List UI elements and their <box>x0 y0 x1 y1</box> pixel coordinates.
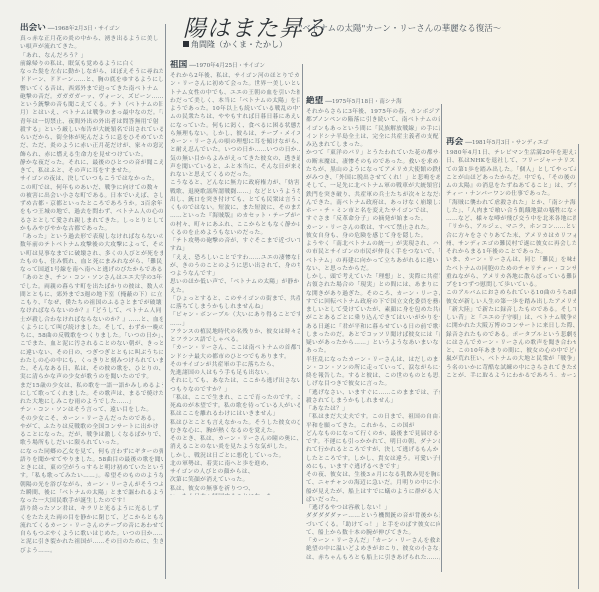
body-text-line: をもつ王城の地で、過去を問わず、ベトナム人の心のふ <box>20 208 163 216</box>
body-text-line: んできた。南ベトナム政府は、あっけなく崩壊した。 <box>306 199 440 207</box>
body-text-line: 真っ赤な正月花の炎の中から、湧き出るように美し <box>20 35 163 43</box>
body-text-line: 先進諸国の人はもう手も足も出ない。 <box>170 369 300 377</box>
section-heading: 出会い──1968年2月3日・サイゴン <box>20 23 163 35</box>
body-text-line: 響いてくる音は、西郊外まで迫ってきた南ベトナム <box>20 85 163 93</box>
body-text-line: 実に清らかな声の少女が歌うのを聞いたのです。 <box>20 373 163 381</box>
body-text-line: み込まれてしまった。 <box>306 141 440 149</box>
body-text-line: 疑いがあったから……」というようなあいまいなもので <box>306 339 440 347</box>
body-text-line: です。不運にも引っかかれて、明日の朝、ダナンに連 <box>306 438 440 446</box>
body-text-line: 「あった」という過去形で表現しなければならないのは <box>20 233 163 241</box>
body-text-line: したところです。しかし、貴女は違う。可愛い子供のた <box>306 455 440 463</box>
section-title: 絶望 <box>306 96 323 106</box>
body-text-line: に違いない、その日の、つぎつぎとともに叫ぶうちに、 <box>20 349 163 357</box>
body-text-line: 殺する」という厳しい布告が大統領名で出されているく <box>20 126 163 134</box>
body-text-line: 殺されてしまうかもしれません」 <box>306 397 440 405</box>
body-text-line: ることになった。だが、戦争は激しくなるばかりで、 <box>20 431 163 439</box>
body-text-line: プを1つずつ慰問して歩いている。 <box>446 281 576 289</box>
body-text-line: らいだから、街全体が死んだように息をひそめていた。た <box>20 134 163 142</box>
article-author: 角間隆（かくま・たかし） <box>183 39 287 50</box>
body-text-line: わたしの心の中にも、くっきりと刻みつけられていまし <box>20 357 163 365</box>
body-text-line: 「ひょっとすると、このサイゴンの街まで、共産軍の手 <box>170 295 300 303</box>
body-text-line: いま、カーン・リーさんは、同じ「難民」を味わってき <box>446 256 576 264</box>
body-text-line: にはさんでカーン・リーさんの歌声を聞き合わせてみる <box>446 339 576 347</box>
body-text-line: ぱいだった。 <box>306 496 440 504</box>
body-text-line: 終を報告した。すると彼は、この世のものとも思えぬ悲 <box>306 372 440 380</box>
body-text-line: 前線帰りの私は、眠気も覚めるように白く <box>20 60 163 68</box>
body-text-line: い町は見事なまでに破壊され、多くの人びとが死をまぬがれ <box>20 250 163 258</box>
body-text-line: でした。両親の暮らす町を出たばかりの彼は、数人の仲 <box>20 283 163 291</box>
body-text-line: 「逃げるやつは容赦しない！」 <box>306 504 440 512</box>
section-heading: 絶望──1975年5月18日・南シナ海 <box>306 96 440 108</box>
section-heading: 祖国──1970年4月25日・サイゴン <box>170 60 300 72</box>
body-text-line: わだって美しく、本当に「ベトナムの太陽」を目を見る <box>170 97 300 105</box>
body-text-line: くようにして叫び続けました。そして、わずか一晩のう <box>20 324 163 332</box>
body-text-line: 私はここを離れるわけにはいきません」 <box>170 410 300 418</box>
body-text-line: な開きがあり過ぎた。そのころ、カーン・リーさんは、 <box>306 290 440 298</box>
body-text-line: 彼女が新しい人生の第一歩を踏み出したアメリカという <box>446 298 576 306</box>
body-text-line: ましいとして受けていたが、素顔に身を包めた共産軍の兵士 <box>306 306 440 314</box>
body-text-line: 出し、銃口を突き付けても、とても民衆は言うことを聞 <box>170 196 300 204</box>
body-text-line: イゴンもあっという間に「民族解放戦線」の手に落ち、 <box>306 125 440 133</box>
body-text-line: なった髪を左右に動かしながら、ほぼえそうに尋ねた。 <box>20 68 163 76</box>
body-text-line: 歌う場所もしだいに限られていった。 <box>20 439 163 447</box>
section-date: ──1981年5月3日・サンディエゴ <box>465 140 548 146</box>
body-text-line: 自らもつぶやくように歌いはじめた。いつの日か……血 <box>20 530 163 538</box>
body-text-line: がことあるごとに乗り込んできてはいいがかりをつけ、 <box>306 314 440 322</box>
body-text-line: しげな目つきで彼女に言った。 <box>306 380 440 388</box>
body-text-line: 思いのほか低い声で、「ベトナムの太陽」が静かに言 <box>170 278 300 286</box>
body-text-line: 飾られ、赤に燃える生命力を見せつけていた。 <box>20 151 163 159</box>
body-text-line: 録音されたものである。ポータブルという悲劇を中 <box>446 331 576 339</box>
body-text-line: 彼女自身も、身の危険を感じて身を隠した。 <box>306 232 440 240</box>
body-text-line: かもみやびやかな古都であった。 <box>20 225 163 233</box>
section-title: 出会い <box>20 23 46 33</box>
body-text-line: 「海賊に襲われて虐殺された」とか、「南シナ海で沈没 <box>446 199 576 207</box>
body-text-line: それから2年後、私は、サイゴン河のほとりでカー <box>170 72 300 80</box>
body-text-line: の断末魔は、凄惨そのものであった。救いを求める市民 <box>306 158 440 166</box>
body-text-line: サイゴンの夜は、決していつもこうではなかった。 <box>20 175 163 183</box>
body-text-line: 間とともに、郊外まで3週の地下室（掩蔽の下）に立て <box>20 291 163 299</box>
body-text-line: がみつき、「外国に脱出させてくれ！」と悲鳴をあげた。 <box>306 174 440 182</box>
body-text-line: ら無理もない。しかし、彼らは、テープ・メイズだけは <box>170 130 300 138</box>
body-text-line: そして、一足先に北ベトナム軍の戦車が大統領官邸の <box>306 182 440 190</box>
body-text-line: ンドシナ最大の都市のひとつでもあります。 <box>170 353 300 361</box>
body-text-line: ムの民衆たちは、ややもすれば日暮日暮にあえいでがち <box>170 113 300 121</box>
body-text-line: たちが、黒山のようになってアメリカ大使館の鉄柵にし <box>306 166 440 174</box>
body-text-line: インドシナ半島全土は、完全に共産主義者の支配下に組 <box>306 133 440 141</box>
body-text-line: 「逃げなさい、いますぐに……このままでは、子供まで <box>306 389 440 397</box>
body-text-line: 重ねながら、アメリカ各地に散らばっている難民キャン <box>446 273 576 281</box>
body-text-line: て、船上から数十本の腕が伸びてきた。 <box>306 529 440 537</box>
body-text-line: 静かな夜だった。それに、最後のひとつの音が聞こえ <box>20 159 163 167</box>
body-text-line: すね」 <box>170 245 300 253</box>
body-text-line: ちに、58曲の反戦歌をつくりました。「いつの日か」、こ <box>20 332 163 340</box>
body-text-line: 都プノンペンの陥落に引き続いて、南ベトナムの首都サ <box>306 116 440 124</box>
body-text-line: う名のいかに苛酷な試練の中にさらされてきたかという <box>446 364 576 372</box>
body-text-line: ダダダダダァー……という機関銃の音が背後から近 <box>306 512 440 520</box>
body-text-line: ようやく「南北ベトナムの統一」が実現され、ハノイ <box>306 240 440 248</box>
body-text-line: きて、私はふと、その声に耳をすませた。 <box>20 167 163 175</box>
body-text-line: その夜、彼女は、生後3ヵ月になる乳飲み児を胸に抱い <box>306 471 440 479</box>
body-text-line: た。そんなある日、私は、その彼の歌を、ひとりの、 <box>20 365 163 373</box>
body-text-line: それにしても、あなたは、ここから逃げ出さない <box>170 377 300 385</box>
body-text-line: 気の無い目からよみがえってきた彼女の、透き通った <box>170 155 300 163</box>
body-text-line: こうなると、どんなに無力に政府権力が、「妨害合 <box>170 179 300 187</box>
body-text-line: やがて、ふたりは反戦歌の全国コンサートに出かけ <box>20 423 163 431</box>
body-text-line: このアルバムにおさめられている10曲のうち8曲は、 <box>446 289 576 297</box>
body-text-line: 合に方々をさぐりあてた末、アメリカはカリフォルニア <box>446 232 576 240</box>
body-text-line: 「私は、ここで生まれ、ここで育ったのです。ここで <box>170 394 300 402</box>
body-text-line: くをたたえた両の目を静かに閉じて、どこからともなく <box>20 514 163 522</box>
body-text-line: 声を聞いていると、ふと本当に、そんな日が来るかもし <box>170 163 300 171</box>
body-text-line: 語りを聞かせてやりました。58曲目の最後の歌を聞いた <box>20 456 163 464</box>
body-text-line: えた。 <box>170 287 300 295</box>
body-text-line: めにも、いますぐ逃げるべきです」 <box>306 463 440 471</box>
section-zetsubou: 絶望──1975年5月18日・南シナ海それからさらに3年後、1975年の春、カン… <box>306 96 440 566</box>
section-heading: 再会──1981年5月3日・サンディエゴ <box>446 137 576 149</box>
body-text-line: その少女こそ、カーン・リーさんだったのである。 <box>20 415 163 423</box>
section-date: ──1968年2月3日・サイゴン <box>48 26 120 32</box>
section-saikai: 再会──1981年5月3日・サンディエゴ1980年4月1日、テレビマン生活満20… <box>446 137 576 377</box>
body-text-line: ての第1歩を踏み出した。「個人」としてやってみたい <box>446 166 576 174</box>
body-text-line: す。「私も歌ってみたい……」。希望そのもののような <box>20 472 163 480</box>
body-text-line: ホー・チ・ミン市と名を変えたサイゴンでは、 <box>306 207 440 215</box>
body-text-line: 日、私はNHKを退社して、フリージャーナリストとし <box>446 157 576 165</box>
body-text-line: びよう……。 <box>20 547 163 555</box>
body-text-line: かつて「東洋のパリ」とうたわれていた花の都サイゴン <box>306 149 440 157</box>
body-text-line: つようなんです」 <box>170 270 300 278</box>
body-text-line: カーン・リーさんの歌は、すべて禁止された。 <box>306 224 440 232</box>
body-text-line: 北の軍勢は、着実に南へと歩を進め、 <box>170 460 300 468</box>
body-text-line: たベトナムの同胞のためのチャリティー・コンサートを <box>446 265 576 273</box>
body-text-line: づいてくる。「助けてっ！」と手をのばす彼女に向かっ <box>306 521 440 529</box>
body-text-line: 「あれ、なんだろう？」 <box>20 52 163 60</box>
section-date: ──1970年4月25日・サイゴン <box>189 63 265 69</box>
body-text-line: に開かれた大阪万博のコンサートに来日した際、日本で <box>446 322 576 330</box>
body-text-line: 死ぬのが本望です。私の歌を待っている人がいる限り、 <box>170 402 300 410</box>
body-text-line: 流れてくるカーン・リーさんのテープの音にあわせて、 <box>20 522 163 530</box>
body-text-line: チン・コン・ソンはそう言って、遠い目をした。 <box>20 406 163 414</box>
body-text-line: しまったのだ。あとでコッソリ聞けば彼女には「反革命の <box>306 331 440 339</box>
body-text-line: 「カーン・リーさんだ」「カーン・リーさんを救おう！」 <box>306 537 440 545</box>
body-text-line: ドドーン、ドドーン……と、胸の底をゆするようにして <box>20 76 163 84</box>
body-text-line: 数年前のテトベトナム攻撃後の大攻撃によって、その美し <box>20 241 163 249</box>
body-text-line: の被害に出会い小さな町である。日本でいえば、さし <box>20 192 163 200</box>
body-text-line: サイゴンの人びとの顔からは、 <box>170 468 300 476</box>
body-text-line: が、きのうのことのように思い出されて、身のちもよだ <box>170 262 300 270</box>
body-text-line: 平和を願ってきた。これから、この国が <box>306 422 440 430</box>
body-text-line: ン・コン・ソンの所に走っていって、涙ながらに一部始 <box>306 364 440 372</box>
body-text-line: 半狂乱になったカーン・リーさんは、はだしのままチ <box>306 356 440 364</box>
body-text-line: しかし、頭で考えていた「理想」と、実際に共産軍に <box>306 273 440 281</box>
body-text-line: 「ビャン・ボンーブル（大いにあり得ることですわ）……」 <box>170 311 300 319</box>
body-text-line: 戦歌、退廃歌謡所謂戦闘……」などというような布告を <box>170 188 300 196</box>
body-text-line: ない、と思ったからだ。 <box>306 265 440 273</box>
body-text-line: れないと思えてくるのだった。 <box>170 171 300 179</box>
body-text-line: 「カーン・リーさん、ここは南ベトナムの首都であり、イ <box>170 344 300 352</box>
body-text-line: になった同郷の乙女を見て、何も言わずにギターの弾き <box>20 448 163 456</box>
body-text-line: 士が殺し合わなければならないのか？』……と、血を吐 <box>20 316 163 324</box>
body-text-line: この町では、何年ものあいだ、戦争に向けての数々 <box>20 184 163 192</box>
body-text-line: それからさらに3年後、1975年の春、カンボジアの首 <box>306 108 440 116</box>
body-text-line: トナム女性の中でも、ユエの王朝の血を引いた彼女はき <box>170 89 300 97</box>
body-text-line: ことが山ほどあったからだ。中でも、「その後の『ベトナ <box>446 174 576 182</box>
body-text-line: 嵐が荒れ狂い、ベトナムの大地と民衆が「戦争」とい <box>446 355 576 363</box>
body-text-line: という銃撃の音も聞こえてくる。テト（ベトナムの旧正 <box>20 101 163 109</box>
body-text-line: 私は、彼女の無事を祈りつつ、 <box>170 485 300 493</box>
body-text-line: つもりなのですか？」 <box>170 386 300 394</box>
body-text-line: の村々、町々にあふれ、ここからともなく静かに聞こえて <box>170 221 300 229</box>
body-text-line: ……といった『海賊版』のカセット・テープがベトナム <box>170 212 300 220</box>
body-text-line: になっていた。何もに渇く、食べるに困る状態だから <box>170 122 300 130</box>
section-deai: 出会い──1968年2月3日・サイゴン真っ赤な正月花の炎の中から、湧き出るように… <box>20 23 163 575</box>
body-text-line: 「リから、アルジェ、マニラ、ホンコン……という具 <box>446 223 576 231</box>
body-text-line: すぐさま「反革命分子」の摘発が始まった。 <box>306 215 440 223</box>
square-bullet-icon <box>183 41 189 47</box>
body-text-line: しかし、戦況は日ごとに悪化していった。 <box>170 452 300 460</box>
body-text-line: ようであった。10年以上も続いている戦乱の中で、ベトナ <box>170 105 300 113</box>
body-text-line: 占領された場合の「現実」との間には、あまりにも大き <box>306 281 440 289</box>
body-text-line: ときには、東の空がうっすらと明け初めていたということで <box>20 464 163 472</box>
body-text-line: れた大地にしみこむ雨のようでした……」 <box>20 398 163 406</box>
body-text-line: 鉄門を突き破り、共産軍の兵士たちが次々となだれ込 <box>306 191 440 199</box>
body-text-line: と泥に引き裂かれた祖国が……その日のために、生きの <box>20 538 163 546</box>
body-text-line: 州、サンディエゴの難民村で遂に彼女に再会したのは <box>446 240 576 248</box>
body-text-line: るさととして愛され親しまれてきた。しっとりとしていく <box>20 217 163 225</box>
body-text-line: それからまる1年後のことであった。 <box>446 248 576 256</box>
body-text-line: あった。 <box>306 347 440 355</box>
body-text-line: 1980年4月1日、テレビマン生活満20年を迎えたその <box>446 149 576 157</box>
body-text-line: ……」 <box>170 320 300 328</box>
column-divider <box>441 104 442 572</box>
body-text-line: ことが、手に取るようにわかるであろう。カーン・リー <box>446 372 576 377</box>
body-text-line: ン・リーさんに初めて会った。世界一美しいといわれるベ <box>170 80 300 88</box>
section-title: 祖国 <box>170 60 187 70</box>
body-text-line: 語り終ったソン君は、キラリと光るように光るしず <box>20 505 163 513</box>
body-text-line: こでまた、血と泥に汚されることのない朝が、きっと来る <box>20 340 163 348</box>
section-sokoku: 祖国──1970年4月25日・サイゴンそれから2年後、私は、サイゴン河のほとりで… <box>170 60 300 495</box>
body-text-line: 「あなたは？」 <box>306 405 440 413</box>
body-text-line: フランスの植民地時代の名残りか、彼女は時々さらり <box>170 328 300 336</box>
body-text-line: 絶望の中に温いどよめきがおこり、彼女の小さな身体 <box>306 545 440 553</box>
body-text-line: そのとき、私は、カーン・リーさんの瞳の奥に、 <box>170 435 300 443</box>
body-text-line: こもり、『なぜ、僕たちの祖国のふるさとまでが破壊され <box>20 299 163 307</box>
body-text-line: 「私はまだ大丈夫です。この日まで、祖国の自由と <box>306 413 440 421</box>
body-text-line: すでに回転ベトナム政府の下で国立文化委員を務め、まだの <box>306 298 440 306</box>
body-text-line: むきな心に、胸が熱くなるのを覚えた。 <box>170 427 300 435</box>
body-text-line: なって国道1号線を南へ南へと逃げのびたからである。 <box>20 266 163 274</box>
body-text-line: れて行かれるところですが、決して逃げるもんかと決心 <box>306 446 440 454</box>
body-text-line: とフランス語でしゃべる。 <box>170 336 300 344</box>
body-text-line: した」、「人肉まで喰い合う飢餓地獄の犠牲になった」 <box>446 207 576 215</box>
body-text-line: まだ15歳の少女は、私の歌を一語一語かみしめるよう <box>20 382 163 390</box>
body-text-line: そのサイゴンが共産軍の手に落ちたら、 <box>170 361 300 369</box>
body-text-line: 「あのとき、チン・コン・ソンさんはユエ大学の3年生 <box>20 274 163 282</box>
body-text-line: いったん日本へ帰国することになった。 <box>170 493 300 495</box>
body-text-line: 次第に笑顔が消えていった。 <box>170 476 300 484</box>
body-text-line: て、ニャチャンの海辺に急いだ。月明りの中に小さな木 <box>306 479 440 487</box>
section-title: 再会 <box>446 137 463 147</box>
body-text-line: 船が見えたが、船上はすでに蟻のように群がる人でいっ <box>306 488 440 496</box>
body-text-line: と耐え忍んでいた。いつの日か……いつの日か……、生 <box>170 146 300 154</box>
body-text-line: 「ええ、恐ろしいことですわ……ユエの凄惨な日のこと <box>170 254 300 262</box>
body-text-line: は、赤ちゃんもろとも船上に引きあげられた……。 <box>306 554 440 562</box>
column-divider <box>578 144 579 589</box>
column-divider <box>302 64 303 504</box>
body-text-line: くものではない。短波に、また短波に、そのまた短波に <box>170 204 300 212</box>
body-text-line: カーン・リーさんの唄の理想に耳を傾けながら、じっ <box>170 138 300 146</box>
body-text-line: 消えることのない炎を見たような気がした。 <box>170 443 300 451</box>
body-text-line: ムの太陽』の消息をたずねあてること」は、プライオリ <box>446 182 576 190</box>
column-divider <box>165 24 166 579</box>
body-text-line: たものも、住み慣れ、血と死にまみれながら、「難民」と <box>20 258 163 266</box>
body-text-line: の市民とサイゴンの市民が仲良く手をつないで、「新しい <box>306 248 440 256</box>
author-name: 角間隆（かくま・たかし） <box>191 40 287 49</box>
body-text-line: にして歌ってくれました。その歌声は、まるで焼けただ <box>20 390 163 398</box>
body-text-line: 朝陽の光を浴びながら、カーン・リーさんがそうつぶやい <box>20 481 163 489</box>
body-text-line: ベトナム」の再建に向かって立ちあがれるに違い <box>306 257 440 265</box>
body-text-line: 「テト攻勢の砲撃の音が、すぐそこまで近づいてきてま <box>170 237 300 245</box>
body-text-line: 砲撃の音だ。ガガガガーッ、ヴォーン、ズビーン…… <box>20 93 163 101</box>
document-page: 陽はまた昇る ～"ベトナムの太陽"カーン・リーさんの華麗なる復活～ 角間隆（かく… <box>0 0 599 592</box>
article-subtitle: ～"ベトナムの太陽"カーン・リーさんの華麗なる復活～ <box>290 22 501 34</box>
body-text-line: ティー・ナンバーワンの仕事であった。 <box>446 190 576 198</box>
body-text-line: ある日遂に「君が平和に暮らせている日の前で歌を禁止して <box>306 323 440 331</box>
body-text-line: 青年は一切禁止、夜間外出の外出者は問答無用で射 <box>20 118 163 126</box>
body-text-line: ずめ古都・京都といったところであろうか。3百余年の歴史 <box>20 200 163 208</box>
body-text-line: だ、ただ、炎のように赤い正月花だけが、家々の窓辺に <box>20 142 163 150</box>
body-text-line: なければならないのか？』『どうして、ベトナム人同 <box>20 307 163 315</box>
body-text-line: い唄声が流れてきた。 <box>20 43 163 51</box>
body-text-line: と、この10年あまりの間に、彼女の心の中でどのような <box>446 347 576 355</box>
body-text-line: 「新大陸」で新たに録音したものである。そして、「美 <box>446 306 576 314</box>
section-date: ──1975年5月18日・南シナ海 <box>325 99 401 105</box>
body-text-line: しい昔」と「ユエの子守唄」は、ベトナム戦争のさなか <box>446 314 576 322</box>
body-text-line: 私はひとことも言えなかった。そうした彼女のひた <box>170 419 300 427</box>
body-text-line: た瞬間、後に「ベトナムの太陽」とまで謳われるように <box>20 489 163 497</box>
body-text-line: に落ちてしまうかもしれませんね」 <box>170 303 300 311</box>
body-text-line: なった一大国民歌手が誕生したのです！ <box>20 497 163 505</box>
body-text-line: どんなものになって行くのか、最後まで見届けるつもり <box>306 430 440 438</box>
body-text-line: くるのを止めようもないのだった。 <box>170 229 300 237</box>
body-text-line: 月）とはいえ、ベトナムは戦争のまっ最中なのだ。「新 <box>20 109 163 117</box>
body-text-line: ……など、様々な噂が飛び交う中を北米各地に探しながら、 <box>446 215 576 223</box>
